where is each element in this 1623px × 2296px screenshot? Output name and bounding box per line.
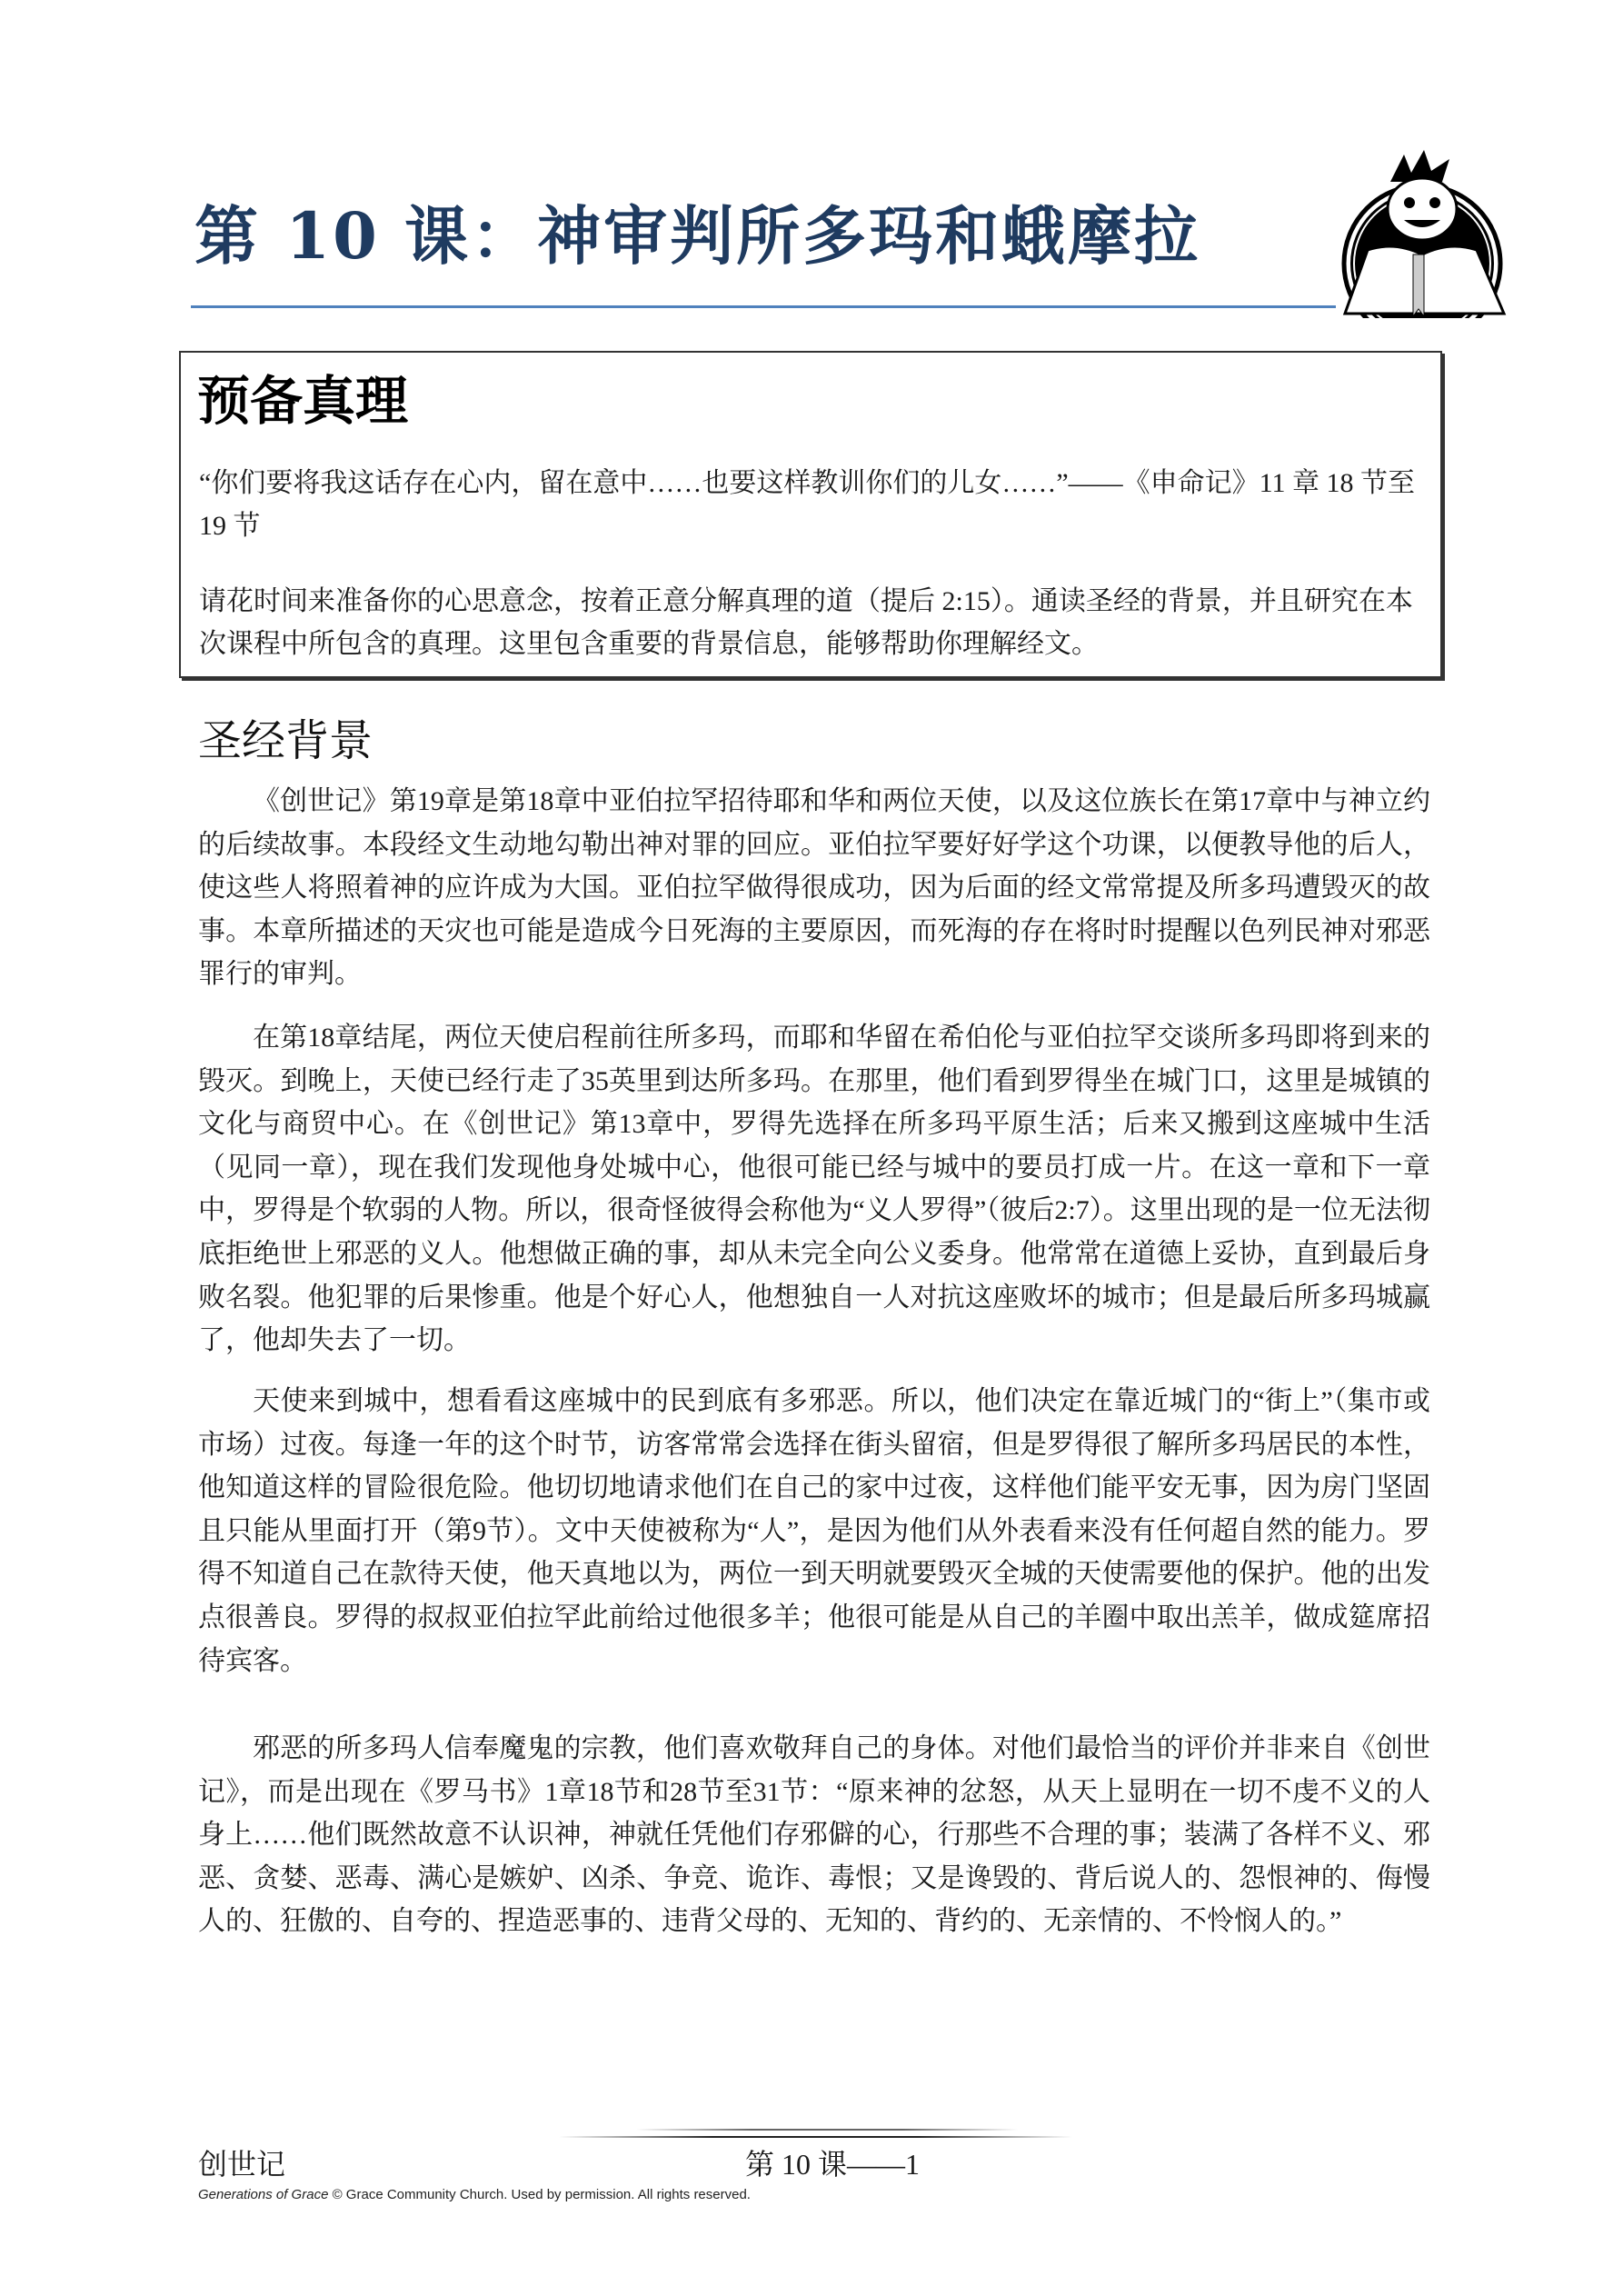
page-title: 第 10 课：神审判所多玛和蛾摩拉	[194, 195, 1200, 277]
boy-reading-book-icon: 恩典的传承	[1340, 82, 1522, 318]
background-paragraph: 天使来到城中，想看看这座城中的民到底有多邪恶。所以，他们决定在靠近城门的“街上”…	[198, 1380, 1430, 1682]
copyright-text: © Grace Community Church. Used by permis…	[328, 2187, 751, 2202]
footer-page-number: 第 10 课——1	[745, 2141, 920, 2183]
prep-truth-box: 预备真理 “你们要将我这话存在心内，留在意中……也要这样教训你们的儿女……”——…	[179, 351, 1442, 678]
background-paragraph: 邪恶的所多玛人信奉魔鬼的宗教，他们喜欢敬拜自己的身体。对他们最恰当的评价并非来自…	[198, 1727, 1430, 1943]
copyright-notice: Generations of Grace © Grace Community C…	[198, 2187, 751, 2202]
title-underline	[191, 305, 1336, 308]
prep-truth-heading: 预备真理	[197, 360, 408, 442]
generations-of-grace-logo: 恩典的传承	[1340, 82, 1522, 318]
footer-divider	[559, 2136, 1072, 2138]
scripture-quote: “你们要将我这话存在心内，留在意中……也要这样教训你们的儿女……”——《申命记》…	[199, 462, 1426, 547]
background-paragraph: 在第18章结尾，两位天使启程前往所多玛，而耶和华留在希伯伦与亚伯拉罕交谈所多玛即…	[198, 1016, 1430, 1363]
background-paragraph: 《创世记》第19章是第18章中亚伯拉罕招待耶和华和两位天使，以及这位族长在第17…	[198, 780, 1430, 996]
footer-book-name: 创世记	[198, 2141, 285, 2183]
bible-background-heading: 圣经背景	[198, 714, 373, 768]
prep-instructions: 请花时间来准备你的心思意念，按着正意分解真理的道（提后 2:15）。通读圣经的背…	[199, 580, 1426, 665]
footer-divider	[636, 2129, 1018, 2131]
copyright-series-name: Generations of Grace	[198, 2187, 328, 2202]
